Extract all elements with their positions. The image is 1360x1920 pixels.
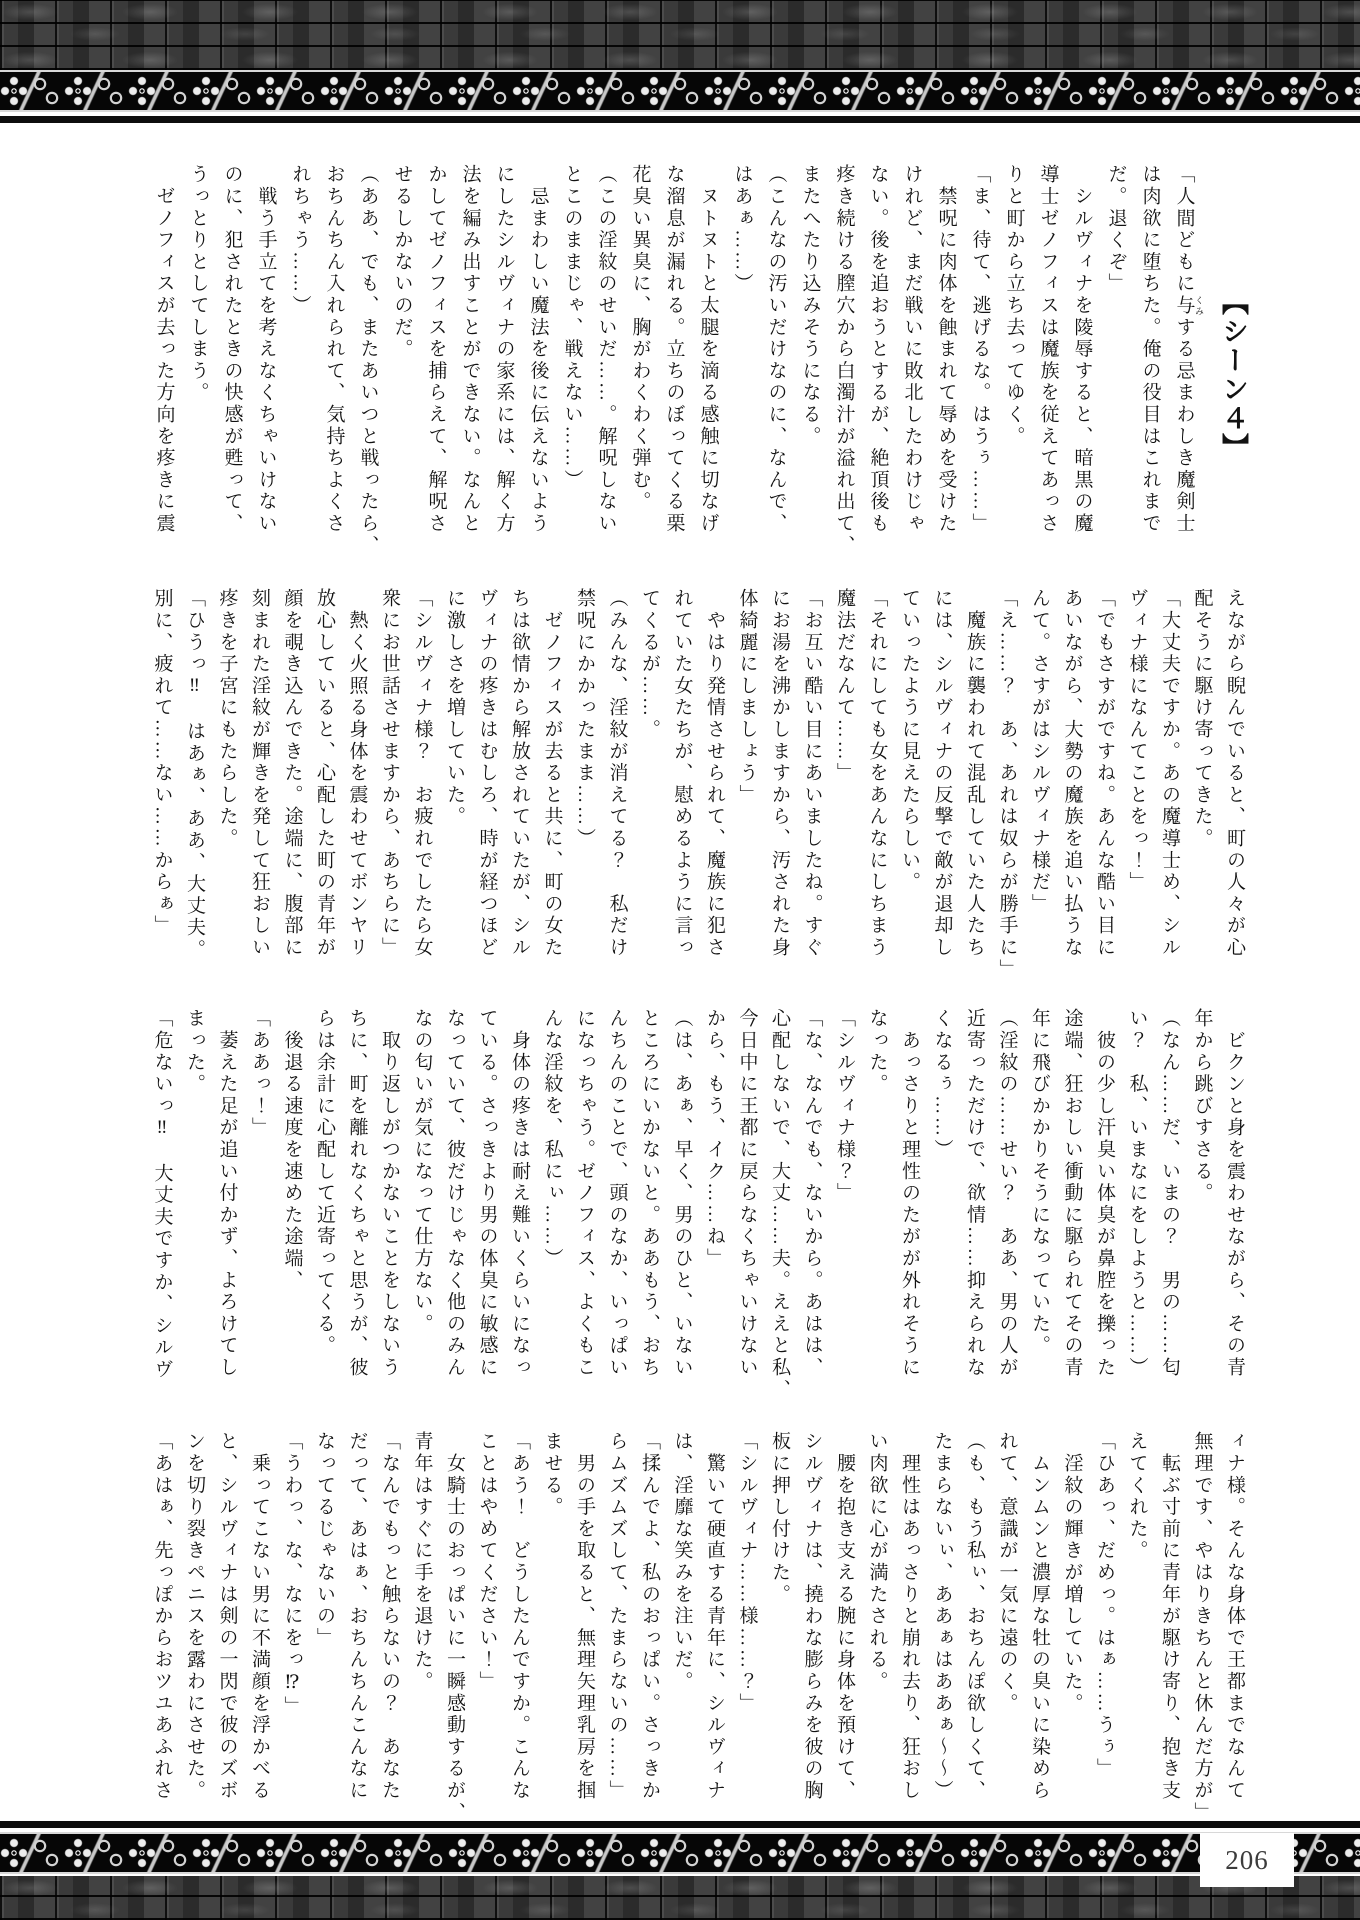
text-line: はあぁ……） [725,164,759,556]
text-line: とこのままじゃ、戦えない……） [555,164,589,556]
text-line: 「え……？ あ、あれは奴らが勝手に」 [990,588,1023,980]
text-line: と、シルヴィナは剣の一閃で彼のズボ [210,1431,243,1823]
text-line: ませる。 [535,1431,568,1823]
text-line: （なん……だ、いまの？ 男の……匂 [1153,1008,1186,1400]
text-line: なの匂いが気になって仕方ない。 [405,1008,438,1400]
text-band-4: ィナ様。そんな身体で王都までなんて無理です、やはりきちんと休んだ方が」 転ぶ寸前… [145,1431,1250,1823]
text-line: （も、もう私ぃ、おちんぽ欲しくて、 [958,1431,991,1823]
text-line: は肉欲に堕ちた。俺の役目はこれまで [1133,164,1167,556]
text-line: 「ひあっ、だめっ。はぁ……うぅ」 [1088,1431,1121,1823]
text-line: には、シルヴィナの反撃で敵が退却し [925,588,958,980]
text-line: （は、あぁ、早く、男のひと、いない [665,1008,698,1400]
text-line: 「それにしても女をあんなにしちまう [860,588,893,980]
text-line: 後退る速度を速めた途端、 [275,1008,308,1400]
text-line: 花臭い異臭に、胸がわくわく弾む。 [623,164,657,556]
text-line: りと町から立ち去ってゆく。 [997,164,1031,556]
text-line: 「ひうっ‼ はあぁ、ああ、大丈夫。 [178,588,211,980]
text-line: シルヴィナを陵辱すると、暗黒の魔 [1065,164,1099,556]
text-line: んて。さすがはシルヴィナ様だ」 [1023,588,1056,980]
text-line: あいながら、大勢の魔族を追い払うな [1055,588,1088,980]
text-line: せるしかないのだ。 [385,164,419,556]
text-line: 無理です、やはりきちんと休んだ方が」 [1185,1431,1218,1823]
text-line: 禁呪にかかったまま……） [568,588,601,980]
text-line: シルヴィナは、撓わな膨らみを彼の胸 [795,1431,828,1823]
text-line: れていた女たちが、慰めるように言っ [665,588,698,980]
text-line: 板に押し付けた。 [763,1431,796,1823]
text-line: 「人間どもに与くみする忌まわしき魔剣士 [1167,164,1205,556]
divider-rule-top [0,116,1360,123]
text-line: にお湯を沸かしますから、汚された身 [763,588,796,980]
text-line: 心配しないで、大丈……夫。ええと私、 [763,1008,796,1400]
text-line: ィナ様。そんな身体で王都までなんて [1218,1431,1251,1823]
text-line: （この淫紋のせいだ……。解呪しない [589,164,623,556]
brick-texture-bottom [0,1876,1360,1920]
text-line: 「大丈夫ですか。あの魔導士め、シル [1153,588,1186,980]
text-line: だって、あはぁ、おちんちんこんなに [340,1431,373,1823]
text-line: 衆にお世話させますから、あちらに」 [373,588,406,980]
text-line: 刻まれた淫紋が輝きを発して狂おしい [243,588,276,980]
text-line: な溜息が漏れる。立ちのぼってくる栗 [657,164,691,556]
text-line: 魔法だなんて……」 [828,588,861,980]
text-line: 「あはぁ、先っぽからおツユあふれさ [145,1431,178,1823]
text-line: から、もう、イク……ね」 [698,1008,731,1400]
text-line: （こんなの汚いだけなのに、なんで、 [759,164,793,556]
text-line: ない。後を追おうとするが、絶頂後も [861,164,895,556]
text-line: 淫紋の輝きが増していた。 [1055,1431,1088,1823]
text-line: ている。さっきより男の体臭に敏感に [470,1008,503,1400]
ornament-border-top [0,70,1360,112]
brick-texture-top [0,0,1360,70]
text-line: のに、犯されたときの快感が甦って、 [215,164,249,556]
text-line: ことはやめてください！」 [470,1431,503,1823]
text-line: ちは欲情から解放されていたが、シル [503,588,536,980]
text-line: 顔を覗き込んできた。途端に、腹部に [275,588,308,980]
text-line: にしたシルヴィナの家系には、解く方 [487,164,521,556]
text-line: ビクンと身を震わせながら、その青 [1218,1008,1251,1400]
ornament-border-bottom [0,1832,1360,1874]
text-line: 今日中に王都に戻らなくちゃいけない [730,1008,763,1400]
text-line: おちんちん入れられて、気持ちよくさ [317,164,351,556]
text-line: 萎えた足が追い付かず、よろけてし [210,1008,243,1400]
text-line: ゼノフィスが去ると共に、町の女た [535,588,568,980]
text-line: 忌まわしい魔法を後に伝えないよう [521,164,555,556]
text-line: 「ああっ！」 [243,1008,276,1400]
text-line: 「でもさすがですね。あんな酷い目に [1088,588,1121,980]
page-number-box: 206 [1200,1833,1294,1887]
text-line: 「うわっ、な、なにをっ⁉」 [275,1431,308,1823]
text-line: 疼きを子宮にもたらした。 [210,588,243,980]
text-line: 転ぶ寸前に青年が駆け寄り、抱き支 [1153,1431,1186,1823]
text-line: ていったように見えたらしい。 [893,588,926,980]
text-line: 青年はすぐに手を退けた。 [405,1431,438,1823]
text-line: れて、意識が一気に遠のく。 [990,1431,1023,1823]
text-line: 「ま、待て、逃げるな。はうぅ……」 [963,164,997,556]
text-line: い？ 私、いまなにをしようと……） [1120,1008,1153,1400]
text-line: らムズムズして、たまらないの……」 [600,1431,633,1823]
text-line: んちんのことで、頭のなか、いっぱい [600,1008,633,1400]
text-line: 法を編み出すことができない。なんと [453,164,487,556]
text-line: は、淫靡な笑みを注いだ。 [665,1431,698,1823]
text-line: に激しさを増していた。 [438,588,471,980]
text-line: あっさりと理性のたがが外れそうに [893,1008,926,1400]
text-line: 「なんでもっと触らないの？ あなた [373,1431,406,1823]
text-line: 「シルヴィナ様？ お疲れでしたら女 [405,588,438,980]
text-line: れちゃう……） [283,164,317,556]
text-line: 「揉んでよ、私のおっぱい。さっきか [633,1431,666,1823]
text-line: 女騎士のおっぱいに一瞬感動するが、 [438,1431,471,1823]
text-line: 理性はあっさりと崩れ去り、狂おし [893,1431,926,1823]
page-number: 206 [1225,1845,1269,1876]
text-line: なっていて、彼だけじゃなく他のみん [438,1008,471,1400]
text-line: なってるじゃないの」 [308,1431,341,1823]
text-line: 「お互い酷い目にあいましたね。すぐ [795,588,828,980]
text-line: えながら睨んでいると、町の人々が心 [1218,588,1251,980]
text-line: 年に飛びかかりそうになっていた。 [1023,1008,1056,1400]
text-line: 配そうに駆け寄ってきた。 [1185,588,1218,980]
text-band-1: 【シーン４】 「人間どもに与くみする忌まわしき魔剣士は肉欲に堕ちた。俺の役目はこ… [147,164,1251,556]
text-line: ところにいかないと。ああもう、おち [633,1008,666,1400]
text-band-3: ビクンと身を震わせながら、その青年から跳びすさる。（なん……だ、いまの？ 男の…… [145,1008,1250,1400]
text-line: ヴィナ様になんてことをっ！」 [1120,588,1153,980]
text-line: 男の手を取ると、無理矢理乳房を掴 [568,1431,601,1823]
text-line: 戦う手立てを考えなくちゃいけない [249,164,283,556]
text-line: ゼノフィスが去った方向を疼きに震 [147,164,181,556]
text-line: 取り返しがつかないことをしないう [373,1008,406,1400]
text-line: 「あう！ どうしたんですか。こんな [503,1431,536,1823]
text-line: 「シルヴィナ様？」 [828,1008,861,1400]
text-line: 放心していると、心配した町の青年が [308,588,341,980]
text-line: 腰を抱き支える腕に身体を預けて、 [828,1431,861,1823]
text-line: 体綺麗にしましょう」 [730,588,763,980]
text-line: 魔族に襲われて混乱していた人たち [958,588,991,980]
text-line: やはり発情させられて、魔族に犯さ [698,588,731,980]
text-line: 「危ないっ‼ 大丈夫ですか、シルヴ [145,1008,178,1400]
text-line: い肉欲に心が満たされる。 [860,1431,893,1823]
text-line: 「シルヴィナ……様……？」 [730,1431,763,1823]
text-line: 導士ゼノフィスは魔族を従えてあっさ [1031,164,1065,556]
text-line: （みんな、淫紋が消えてる？ 私だけ [600,588,633,980]
text-line: 彼の少し汗臭い体臭が鼻腔を擽った [1088,1008,1121,1400]
text-line: らは余計に心配して近寄ってくる。 [308,1008,341,1400]
text-line: たまらないぃ、ああぁはああぁ〜〜） [925,1431,958,1823]
text-line: うっとりとしてしまう。 [181,164,215,556]
text-line: なった。 [860,1008,893,1400]
text-band-2: えながら睨んでいると、町の人々が心配そうに駆け寄ってきた。「大丈夫ですか。あの魔… [145,588,1250,980]
text-line: 熱く火照る身体を震わせてボンヤリ [340,588,373,980]
text-line: だ。退くぞ」 [1099,164,1133,556]
text-line: 身体の疼きは耐え難いくらいになっ [503,1008,536,1400]
text-line: 乗ってこない男に不満顔を浮かべる [243,1431,276,1823]
text-line: てくるが……。 [633,588,666,980]
text-line: ちに、町を離れなくちゃと思うが、彼 [340,1008,373,1400]
text-line: 驚いて硬直する青年に、シルヴィナ [698,1431,731,1823]
text-line: ヌトヌトと太腿を滴る感触に切なげ [691,164,725,556]
text-line: 別に、疲れて……ない……からぁ」 [145,588,178,980]
text-line: 年から跳びすさる。 [1185,1008,1218,1400]
text-line: 途端、狂おしい衝動に駆られてその青 [1055,1008,1088,1400]
text-line: （淫紋の……せい？ ああ、男の人が [990,1008,1023,1400]
text-line: かしてゼノフィスを捕らえて、解呪さ [419,164,453,556]
text-line: 禁呪に肉体を蝕まれて辱めを受けた [929,164,963,556]
text-line: 疼き続ける膣穴から白濁汁が溢れ出て、 [827,164,861,556]
text-line: ンを切り裂きペニスを露わにさせた。 [178,1431,211,1823]
text-line: またへたり込みそうになる。 [793,164,827,556]
divider-rule-bottom [0,1821,1360,1828]
text-line: えてくれた。 [1120,1431,1153,1823]
text-line: （ああ、でも、またあいつと戦ったら、 [351,164,385,556]
text-line: 近寄っただけで、欲情……抑えられな [958,1008,991,1400]
text-line: になっちゃう。ゼノフィス、よくもこ [568,1008,601,1400]
text-line: んな淫紋を、私にぃ……） [535,1008,568,1400]
text-line: ムンムンと濃厚な牡の臭いに染めら [1023,1431,1056,1823]
scene-heading: 【シーン４】 [1216,164,1250,556]
text-line: まった。 [178,1008,211,1400]
text-line: くなるぅ……） [925,1008,958,1400]
text-line: ヴィナの疼きはむしろ、時が経つほど [470,588,503,980]
text-line: けれど、まだ戦いに敗北したわけじゃ [895,164,929,556]
text-line: 「な、なんでも、ないから。あはは、 [795,1008,828,1400]
